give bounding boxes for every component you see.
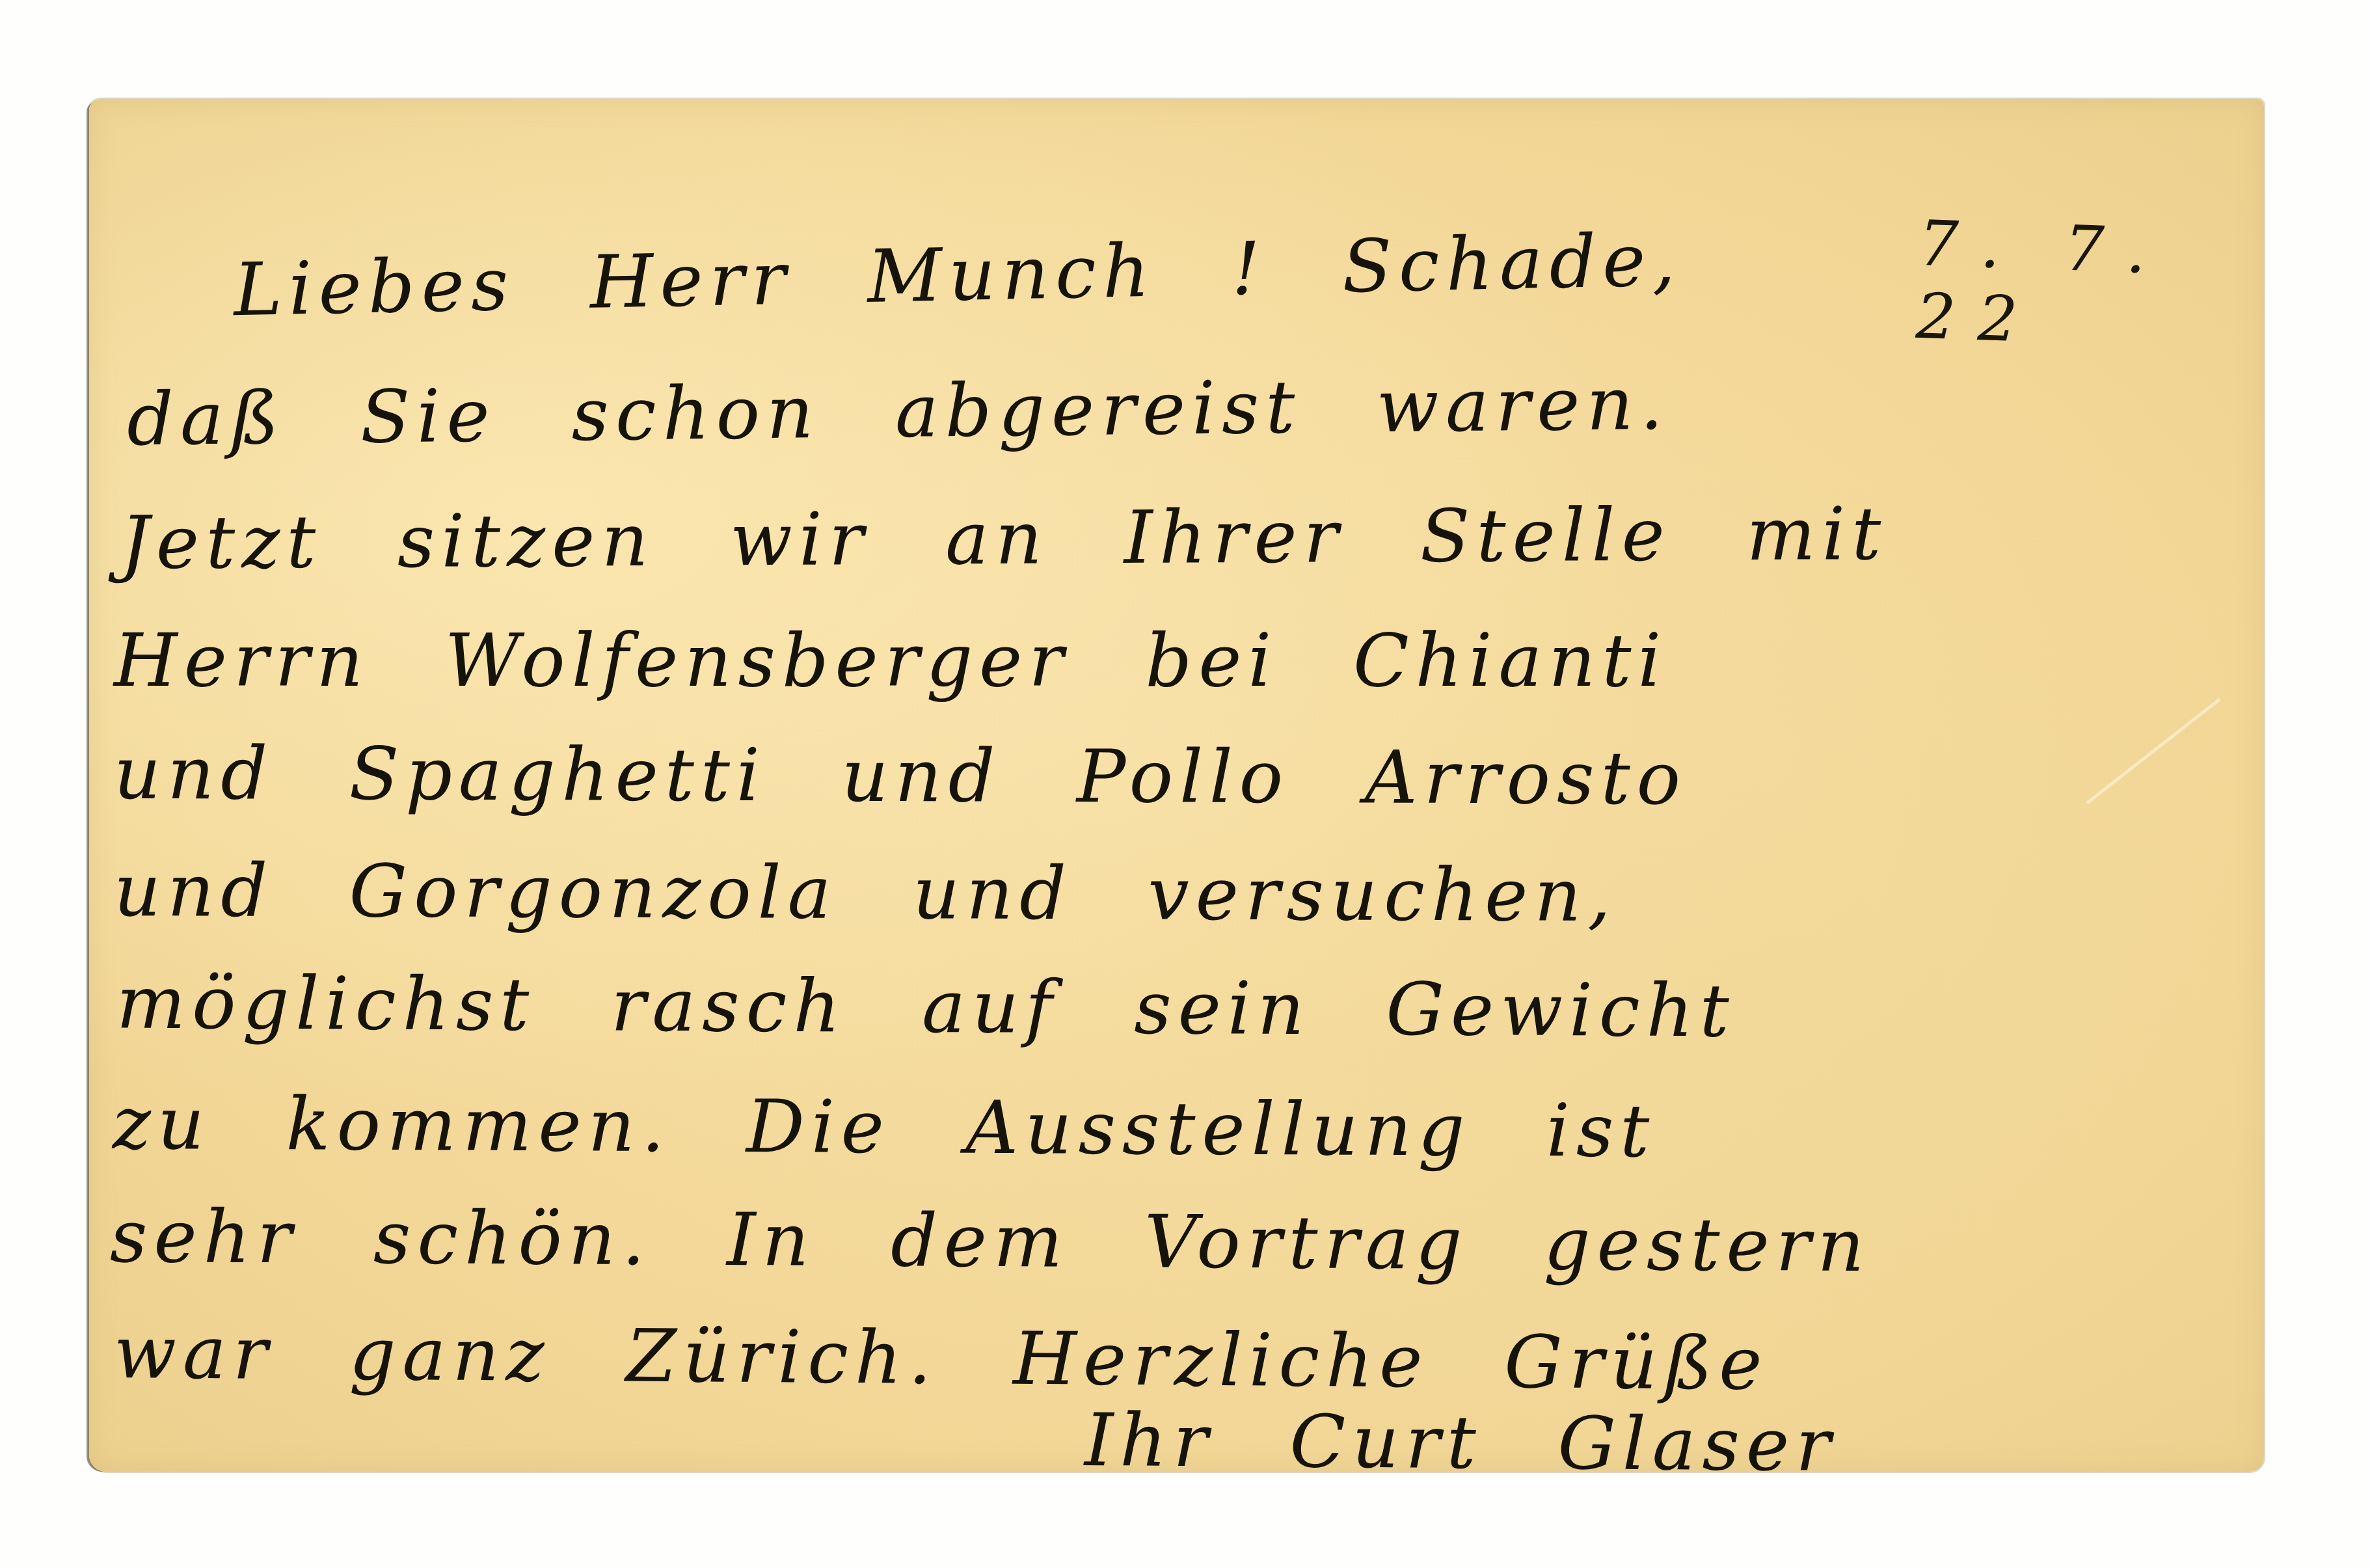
letter-line-1: Liebes Herr Munch ! Schade, <box>233 224 1682 327</box>
letter-line-6: und Gorgonzola und versuchen, <box>114 854 1617 932</box>
date-heading: 7. 7. 22 <box>1915 207 2266 364</box>
letter-line-8: zu kommen. Die Ausstellung ist <box>113 1087 1656 1168</box>
letter-line-7: möglichst rasch auf sein Gewicht <box>116 966 1736 1048</box>
letter-line-9: sehr schön. In dem Vortrag gestern <box>110 1200 1871 1282</box>
letter-line-2: daß Sie schon abgereist waren. <box>126 368 1669 457</box>
letter-line-5: und Spaghetti und Pollo Arrosto <box>114 737 1687 815</box>
postcard: 7. 7. 22 Liebes Herr Munch ! Schade, daß… <box>89 99 2264 1472</box>
scan-background: 7. 7. 22 Liebes Herr Munch ! Schade, daß… <box>0 0 2370 1568</box>
letter-line-4: Herrn Wolfensberger bei Chianti <box>114 625 1667 697</box>
letter-line-3: Jetzt sitzen wir an Ihrer Stelle mit <box>120 498 1888 580</box>
letter-line-10: war ganz Zürich. Herzliche Grüße <box>114 1316 1769 1401</box>
signature: Ihr Curt Glaser <box>1084 1404 1838 1482</box>
